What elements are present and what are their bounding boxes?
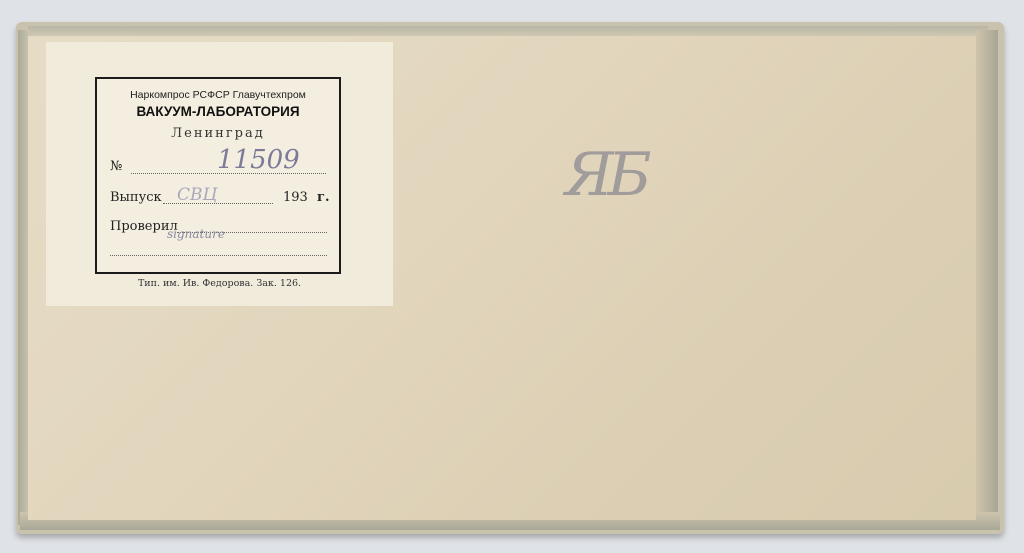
label-lab-name: ВАКУУМ-ЛАБОРАТОРИЯ	[97, 104, 339, 119]
number-handwritten: 11509	[217, 145, 300, 175]
label-ministry: Наркомпрос РСФСР Главучтехпром	[97, 89, 339, 101]
box-edge-right	[976, 30, 998, 520]
label-number-label: №	[110, 159, 122, 174]
blank-dotted-line	[110, 255, 327, 256]
label-year-prefix: 193	[283, 190, 308, 205]
label-release-label: Выпуск	[110, 190, 162, 205]
checked-signature: signature	[167, 227, 225, 241]
pencil-mark: ЯБ	[565, 140, 646, 210]
box-edge-top	[28, 26, 988, 36]
label-printer-line: Тип. им. Ив. Федорова. Зак. 126.	[46, 278, 393, 289]
release-stamp: СВЦ	[177, 185, 217, 205]
label-year-suffix: г.	[317, 190, 330, 205]
label-city: Ленинград	[97, 126, 339, 141]
label-frame: Наркомпрос РСФСР Главучтехпром ВАКУУМ-ЛА…	[95, 77, 341, 274]
